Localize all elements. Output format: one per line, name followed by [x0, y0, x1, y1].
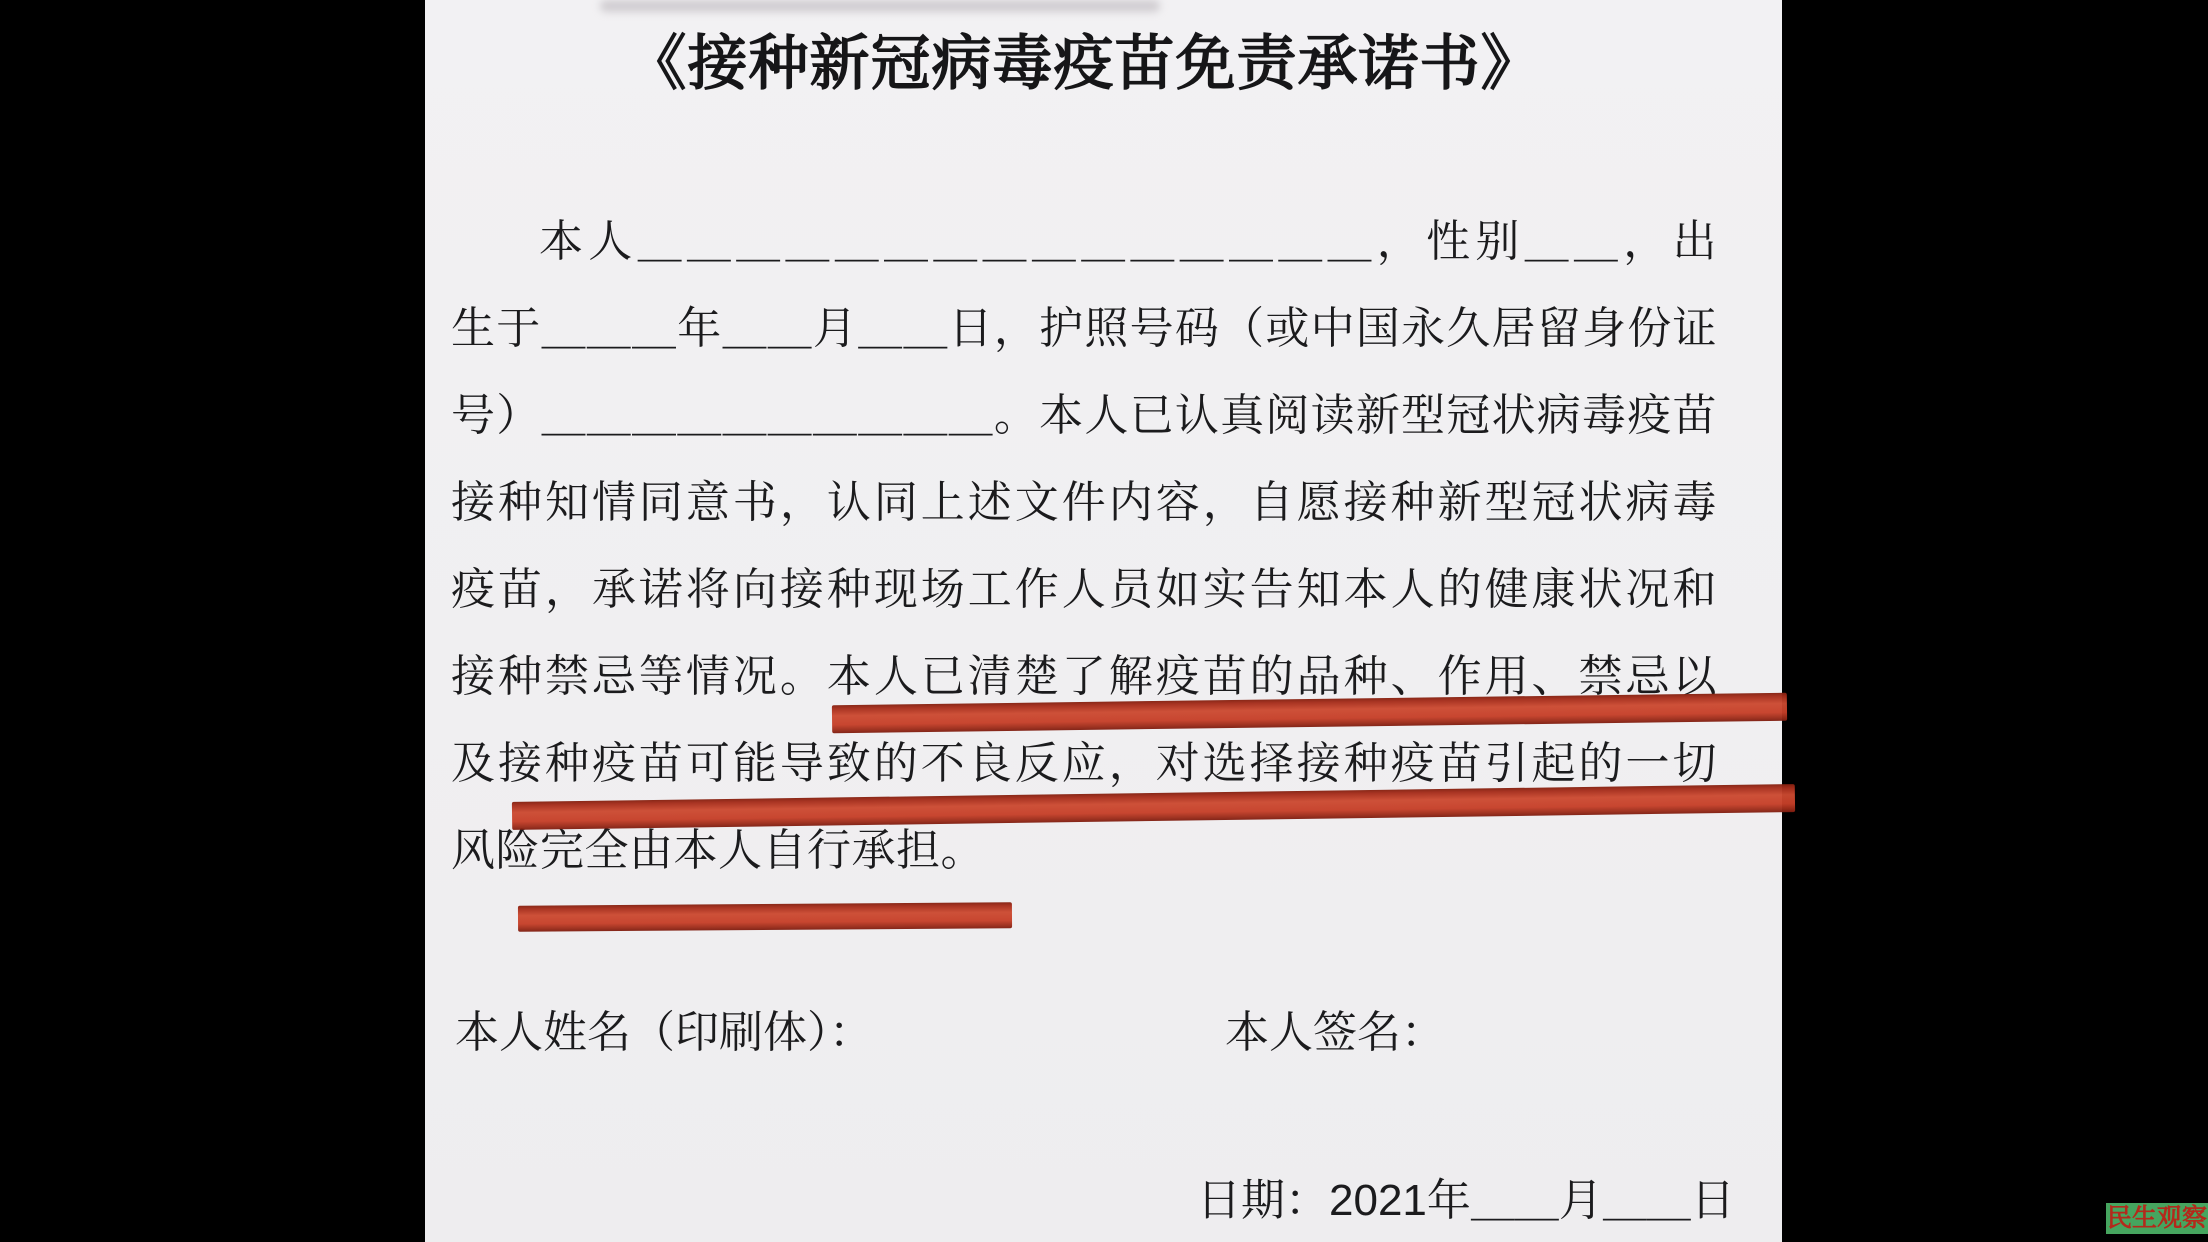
document-line: 疫苗，承诺将向接种现场工作人员如实告知本人的健康状况和 — [451, 546, 1717, 633]
document-line: 生于＿＿＿年＿＿月＿＿日，护照号码（或中国永久居留身份证 — [451, 285, 1717, 372]
printed-name-label: 本人姓名（印刷体）： — [455, 996, 873, 1060]
document-title: 《接种新冠病毒疫苗免责承诺书》 — [451, 16, 1717, 102]
paper-smudge — [600, 0, 1160, 12]
document-line: 接种知情同意书，认同上述文件内容，自愿接种新型冠状病毒 — [451, 459, 1717, 546]
document-page: 《接种新冠病毒疫苗免责承诺书》 本人＿＿＿＿＿＿＿＿＿＿＿＿＿＿＿，性别＿＿，出… — [425, 0, 1782, 1242]
document-line: 号）＿＿＿＿＿＿＿＿＿＿。本人已认真阅读新型冠状病毒疫苗 — [451, 372, 1717, 459]
photo-stage: 《接种新冠病毒疫苗免责承诺书》 本人＿＿＿＿＿＿＿＿＿＿＿＿＿＿＿，性别＿＿，出… — [0, 0, 2208, 1242]
name-signature-row: 本人姓名（印刷体）： 本人签名： — [425, 996, 1782, 1052]
date-line: 日期：2021年＿＿月＿＿日 — [1197, 1164, 1735, 1228]
document-line: 本人＿＿＿＿＿＿＿＿＿＿＿＿＿＿＿，性别＿＿，出 — [451, 198, 1717, 285]
watermark-badge: 民生观察 — [2106, 1203, 2208, 1234]
red-underline-mark-3 — [518, 902, 1012, 931]
signature-label: 本人签名： — [1225, 996, 1445, 1060]
